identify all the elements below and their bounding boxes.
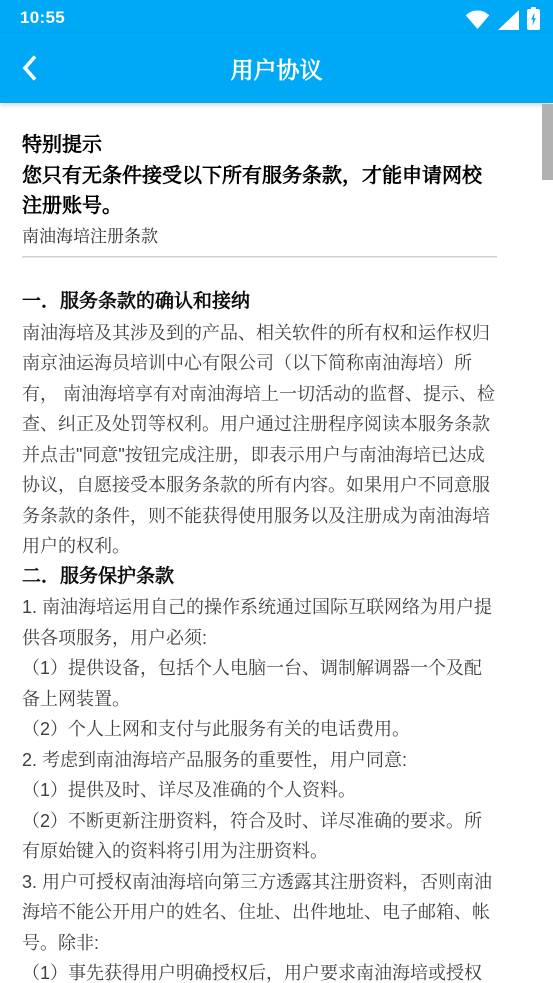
agreement-paragraph: （2）不断更新注册资料，符合及时、详尽准确的要求。所有原始键入的资料将引用为注册…	[22, 806, 497, 867]
wifi-icon	[465, 10, 490, 30]
agreement-paragraph: 二．服务保护条款	[22, 562, 497, 593]
scrollbar-thumb[interactable]	[542, 104, 553, 180]
agreement-paragraph: 3. 用户可授权南油海培向第三方透露其注册资料，否则南油海培不能公开用户的姓名、…	[22, 867, 497, 959]
agreement-paragraph: 南油海培及其涉及到的产品、相关软件的所有权和运作权归南京油运海员培训中心有限公司…	[22, 318, 497, 562]
status-bar: 10:55	[0, 0, 553, 33]
chevron-left-icon	[21, 53, 39, 83]
cellular-signal-icon	[498, 10, 519, 30]
agreement-paragraph: （1）提供设备，包括个人电脑一台、调制解调器一个及配备上网装置。	[22, 653, 497, 714]
agreement-paragraph: 1. 南油海培运用自己的操作系统通过国际互联网络为用户提供各项服务，用户必须:	[22, 592, 497, 653]
agreement-paragraph: （1）事先获得用户明确授权后，用户要求南油海培或授权	[22, 958, 497, 983]
page-title: 用户协议	[0, 52, 553, 85]
section-divider	[22, 256, 497, 258]
agreement-body[interactable]: 特别提示您只有无条件接受以下所有服务条款，才能申请网校注册账号。南油海培注册条款…	[0, 103, 553, 983]
agreement-paragraph: 您只有无条件接受以下所有服务条款，才能申请网校注册账号。	[22, 161, 497, 222]
agreement-paragraph: 南油海培注册条款	[22, 222, 497, 253]
agreement-paragraph: 2. 考虑到南油海培产品服务的重要性，用户同意:	[22, 745, 497, 776]
battery-charging-icon	[527, 7, 540, 30]
back-button[interactable]	[13, 48, 47, 88]
agreement-paragraph: 一．服务条款的确认和接纳	[22, 287, 497, 318]
agreement-paragraph: （2）个人上网和支付与此服务有关的电话费用。	[22, 714, 497, 745]
app-screen: 10:55 用户协议 特别提示您只有无条件接受以下所有服务条款，才能申请网校注册…	[0, 0, 553, 983]
status-icons	[465, 7, 540, 30]
agreement-paragraph: 特别提示	[22, 130, 497, 161]
status-time: 10:55	[20, 8, 65, 28]
agreement-paragraph: （1）提供及时、详尽及准确的个人资料。	[22, 775, 497, 806]
app-bar: 用户协议	[0, 33, 553, 103]
